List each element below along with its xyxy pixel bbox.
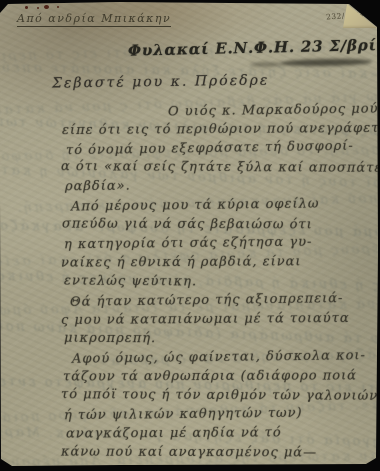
graphite-smudge: [280, 58, 372, 67]
handwritten-line: εντελώς ψεύτικη.: [64, 274, 197, 290]
handwritten-line: Από μέρους μου τά κύρια οφείλω: [71, 196, 320, 214]
pencil-note: Από ανδρία Μπικάκην: [17, 12, 171, 27]
handwritten-line: είπε ότι εις τό περιθώριον πού ανεγράφετ…: [62, 121, 380, 138]
handwritten-line: Ο υιός κ. Μαρκαδούρος μού: [168, 102, 379, 120]
letter-paper: Θά ήταν κατώτερο τής αξιοπρεπειά- Από μέ…: [0, 0, 380, 471]
letter-salutation: Σεβαστέ μου κ. Πρόεδρε: [52, 72, 270, 91]
handwritten-line: αναγκάζομαι μέ αηδία νά τό: [66, 425, 282, 441]
ink-dot: [37, 7, 39, 9]
handwritten-line: Θά ήταν κατώτερο τής αξιοπρεπειά-: [70, 291, 344, 310]
scanned-letter: Θά ήταν κατώτερο τής αξιοπρεπειά- Από μέ…: [0, 0, 380, 471]
ink-dot: [44, 5, 49, 9]
handwritten-line: ς μου νά καταπιάνωμαι μέ τά τοιαύτα: [61, 311, 350, 328]
handwritten-line: σπεύδω γιά νά σάς βεβαιώσω ότι: [62, 217, 313, 233]
handwritten-line: κάνω πού καί αναγκασμένος μά—: [61, 445, 317, 461]
handwritten-line: α ότι «καί σείς ζητάτε ξύλα καί αποσπάτε: [61, 159, 380, 176]
handwritten-line: ναίκες ή εθνικά ή ραβδιά, είναι: [61, 254, 302, 270]
handwritten-line: μικροπρεπή.: [64, 331, 156, 346]
handwritten-line: η κατηγορία ότι σάς εζήτησα γυ-: [64, 235, 313, 253]
handwritten-line: τάζουν τά ανθρωπάρια (αδιάφορο ποιά: [63, 368, 357, 384]
folded-corner: [340, 2, 380, 30]
ink-dot: [57, 6, 59, 8]
graphite-smudge: [250, 62, 282, 67]
handwritten-line: ραβδία».: [65, 179, 131, 195]
handwritten-line: ή τών ψιλικών καθηγητών των): [64, 406, 303, 423]
letter-dateline: Φυλακαί Ε.Ν.Φ.Η. 23 Σ/βρίου 1948: [128, 34, 380, 59]
handwritten-line: τό όνομά μου εξεφράσατε τή δυσφορί-: [66, 139, 354, 159]
handwritten-line: Αφού όμως, ώς φαίνεται, δύσκολα κοι-: [72, 348, 366, 367]
ink-dot: [25, 6, 28, 9]
handwritten-line: τό μπόϊ τους ή τόν αριθμόν τών γαλονιών: [61, 387, 378, 404]
